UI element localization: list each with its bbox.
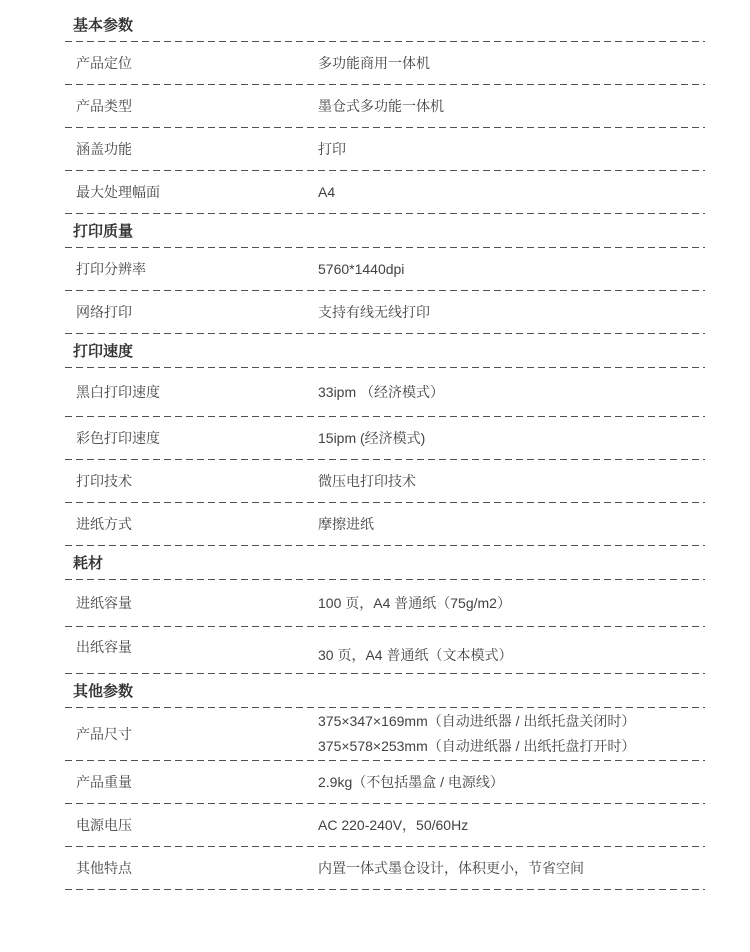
spec-label: 网络打印 [65,302,318,322]
spec-value: 2.9kg（不包括墨盒 / 电源线） [318,770,705,795]
product-spec-table: 基本参数 产品定位 多功能商用一体机 产品类型 墨仓式多功能一体机 涵盖功能 打… [65,8,705,890]
section-heading: 打印质量 [65,214,705,247]
spec-label: 打印分辨率 [65,259,318,279]
spec-label: 产品定位 [65,53,318,73]
spec-row: 出纸容量 30 页，A4 普通纸（文本模式） [65,627,705,673]
spec-value: 摩擦进纸 [318,512,705,537]
spec-value: 多功能商用一体机 [318,51,705,76]
spec-value: 墨仓式多功能一体机 [318,94,705,119]
section-other-params: 其他参数 产品尺寸 375×347×169mm（自动进纸器 / 出纸托盘关闭时）… [65,674,705,890]
spec-row: 彩色打印速度 15ipm (经济模式) [65,417,705,459]
spec-row: 产品类型 墨仓式多功能一体机 [65,85,705,127]
section-heading: 耗材 [65,546,705,579]
spec-label: 电源电压 [65,815,318,835]
spec-label: 打印技术 [65,471,318,491]
spec-value: 15ipm (经济模式) [318,426,705,451]
spec-row: 打印分辨率 5760*1440dpi [65,248,705,290]
spec-row: 进纸容量 100 页，A4 普通纸（75g/m2） [65,580,705,626]
spec-value: 375×347×169mm（自动进纸器 / 出纸托盘关闭时） 375×578×2… [318,709,705,759]
spec-row: 黑白打印速度 33ipm （经济模式） [65,368,705,416]
spec-label: 其他特点 [65,858,318,878]
section-heading: 打印速度 [65,334,705,367]
spec-row: 产品尺寸 375×347×169mm（自动进纸器 / 出纸托盘关闭时） 375×… [65,708,705,760]
section-basic-params: 基本参数 产品定位 多功能商用一体机 产品类型 墨仓式多功能一体机 涵盖功能 打… [65,8,705,214]
dashed-divider [65,889,705,890]
spec-row: 网络打印 支持有线无线打印 [65,291,705,333]
spec-value: 打印 [318,137,705,162]
spec-label: 黑白打印速度 [65,382,318,402]
spec-value: AC 220-240V，50/60Hz [318,813,705,838]
spec-row: 产品重量 2.9kg（不包括墨盒 / 电源线） [65,761,705,803]
section-print-speed: 打印速度 黑白打印速度 33ipm （经济模式） 彩色打印速度 15ipm (经… [65,334,705,546]
spec-value: 内置一体式墨仓设计，体积更小，节省空间 [318,856,705,881]
spec-row: 进纸方式 摩擦进纸 [65,503,705,545]
spec-label: 进纸容量 [65,593,318,613]
spec-row: 最大处理幅面 A4 [65,171,705,213]
spec-label: 进纸方式 [65,514,318,534]
spec-value: 微压电打印技术 [318,469,705,494]
spec-value: 支持有线无线打印 [318,300,705,325]
spec-label: 出纸容量 [65,627,318,657]
spec-row: 电源电压 AC 220-240V，50/60Hz [65,804,705,846]
spec-value: A4 [318,180,705,205]
section-print-quality: 打印质量 打印分辨率 5760*1440dpi 网络打印 支持有线无线打印 [65,214,705,334]
spec-value: 33ipm （经济模式） [318,380,705,405]
section-heading: 其他参数 [65,674,705,707]
spec-label: 涵盖功能 [65,139,318,159]
spec-label: 产品重量 [65,772,318,792]
section-heading: 基本参数 [65,8,705,41]
spec-value: 30 页，A4 普通纸（文本模式） [318,643,705,673]
spec-row: 产品定位 多功能商用一体机 [65,42,705,84]
spec-label: 产品尺寸 [65,724,318,744]
spec-label: 彩色打印速度 [65,428,318,448]
spec-row: 打印技术 微压电打印技术 [65,460,705,502]
spec-row: 其他特点 内置一体式墨仓设计，体积更小，节省空间 [65,847,705,889]
spec-label: 最大处理幅面 [65,182,318,202]
spec-value: 100 页，A4 普通纸（75g/m2） [318,591,705,616]
spec-label: 产品类型 [65,96,318,116]
spec-row: 涵盖功能 打印 [65,128,705,170]
spec-value: 5760*1440dpi [318,257,705,282]
section-consumables: 耗材 进纸容量 100 页，A4 普通纸（75g/m2） 出纸容量 30 页，A… [65,546,705,674]
